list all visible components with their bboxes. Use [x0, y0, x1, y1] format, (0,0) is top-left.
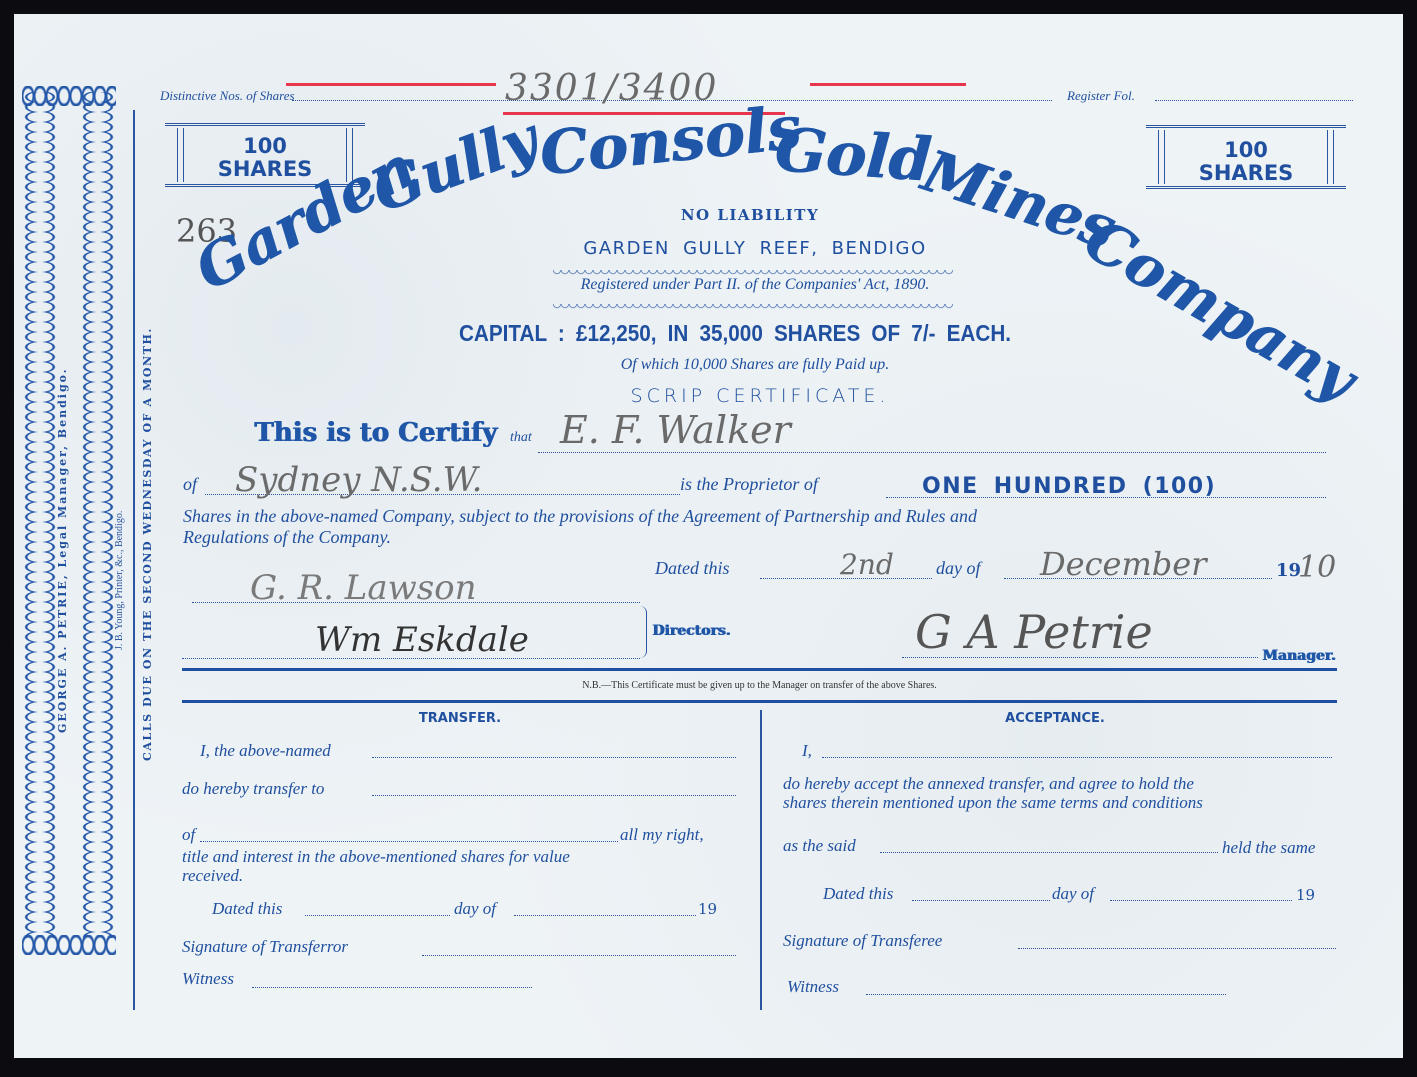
transferee-name-field[interactable]	[372, 795, 736, 796]
wave-rule-2	[553, 304, 953, 310]
company-name-word-4: Gold	[773, 115, 934, 196]
transfer-of-label: of	[182, 825, 195, 845]
calls-due-text: CALLS DUE ON THE SECOND WEDNESDAY OF A M…	[141, 262, 154, 827]
transfer-witness-field[interactable]	[252, 987, 532, 988]
ornament-top-loops	[22, 86, 116, 106]
certify-heading: This is to Certify	[254, 418, 497, 448]
nb-note: N.B.—This Certificate must be given up t…	[182, 680, 1337, 691]
section-divider	[760, 710, 762, 1010]
certify-that-label: that	[510, 430, 532, 446]
acceptance-line-4-end: held the same	[1222, 838, 1315, 858]
acceptance-month-field[interactable]	[1110, 900, 1292, 901]
share-box-left-number: 100	[165, 136, 365, 157]
directors-label: Directors.	[652, 623, 730, 639]
acceptance-year-prefix: 19	[1296, 886, 1315, 904]
acceptance-witness-label: Witness	[787, 977, 839, 997]
acceptance-line-3: shares therein mentioned upon the same t…	[783, 793, 1203, 813]
holder-name: E. F. Walker	[560, 408, 791, 452]
transfer-line-1: I, the above-named	[200, 741, 331, 761]
transferor-name-field[interactable]	[372, 757, 736, 758]
transferee-address-field[interactable]	[200, 841, 618, 842]
share-box-right: 100 SHARES	[1146, 125, 1346, 189]
acceptance-signature-label: Signature of Transferee	[783, 931, 942, 951]
transfer-month-field[interactable]	[514, 915, 696, 916]
rule-above-nb	[182, 668, 1337, 671]
capital: CAPITAL : £12,250, IN 35,000 SHARES OF 7…	[398, 320, 1073, 347]
dated-day: 2nd	[840, 548, 894, 581]
acceptance-witness-field[interactable]	[866, 994, 1226, 995]
holder-name-field[interactable]	[538, 452, 1326, 453]
perforated-edge	[8, 14, 20, 1058]
transfer-dated-label: Dated this	[212, 899, 282, 919]
day-of-label: day of	[936, 558, 981, 579]
no-liability: NO LIABILITY	[570, 206, 930, 224]
transfer-signature-label: Signature of Transferror	[182, 937, 348, 957]
share-box-right-unit: SHARES	[1146, 163, 1346, 184]
transfer-day-of-label: day of	[454, 899, 496, 919]
transfer-line-2: do hereby transfer to	[182, 779, 324, 799]
proprietor-label: is the Proprietor of	[680, 474, 818, 495]
transfer-year-prefix: 19	[698, 900, 717, 918]
location: GARDEN GULLY REEF, BENDIGO	[520, 238, 990, 259]
holder-address: Sydney N.S.W.	[235, 460, 482, 500]
year-suffix: 10	[1298, 550, 1336, 585]
ornament-column-right	[80, 92, 116, 938]
certificate-type: SCRIP CERTIFICATE.	[480, 385, 1040, 407]
of-label: of	[183, 474, 197, 495]
dated-label: Dated this	[655, 558, 730, 579]
acceptance-as-said-label: as the said	[783, 836, 856, 856]
director-signature-1: G. R. Lawson	[250, 568, 477, 608]
transfer-heading: TRANSFER.	[180, 711, 740, 726]
red-rule-top-left	[286, 83, 496, 86]
acceptance-day-field[interactable]	[912, 900, 1050, 901]
transfer-witness-label: Witness	[182, 969, 234, 989]
distinctive-nos-value: 3301/3400	[505, 68, 718, 109]
transfer-line-3-end: all my right,	[620, 825, 704, 845]
terms-line-2: Regulations of the Company.	[183, 527, 391, 548]
dated-month: December	[1040, 545, 1207, 583]
registration: Registered under Part II. of the Compani…	[470, 276, 1040, 294]
acceptance-day-of-label: day of	[1052, 884, 1094, 904]
acceptance-heading: ACCEPTANCE.	[770, 711, 1340, 726]
terms-line-1: Shares in the above-named Company, subje…	[183, 506, 977, 527]
transferee-signature-field[interactable]	[1018, 948, 1336, 949]
distinctive-nos-label: Distinctive Nos. of Shares	[160, 88, 295, 104]
transferor-signature-field[interactable]	[422, 955, 736, 956]
printer-imprint: J. B. Young, Printer, &c., Bendigo.	[114, 440, 125, 650]
register-fol-label: Register Fol.	[1067, 88, 1135, 104]
acceptance-dated-label: Dated this	[823, 884, 893, 904]
acceptor-name-field[interactable]	[822, 757, 1332, 758]
transfer-day-field[interactable]	[305, 915, 450, 916]
margin-rule	[133, 110, 135, 1010]
transfer-line-4: title and interest in the above-mentione…	[182, 847, 570, 867]
share-box-right-number: 100	[1146, 140, 1346, 161]
acceptance-line-1: I,	[802, 741, 812, 761]
share-quantity: ONE HUNDRED (100)	[922, 474, 1216, 499]
rule-below-nb	[182, 700, 1337, 703]
paid-up: Of which 10,000 Shares are fully Paid up…	[520, 356, 990, 374]
director-signature-2: Wm Eskdale	[315, 620, 529, 660]
acceptance-transferor-field[interactable]	[880, 852, 1218, 853]
directors-brace	[640, 606, 647, 658]
manager-signature: G A Petrie	[915, 605, 1153, 659]
manager-label: Manager.	[1262, 648, 1335, 664]
register-fol-field[interactable]	[1155, 100, 1353, 101]
legal-manager-text: GEORGE A. PETRIE, Legal Manager, Bendigo…	[56, 320, 69, 780]
transfer-line-5: received.	[182, 866, 243, 886]
ornament-column-left	[22, 92, 58, 938]
acceptance-line-2: do hereby accept the annexed transfer, a…	[783, 774, 1194, 794]
red-rule-top-right	[810, 83, 966, 86]
ornament-bottom-loops	[22, 935, 116, 955]
